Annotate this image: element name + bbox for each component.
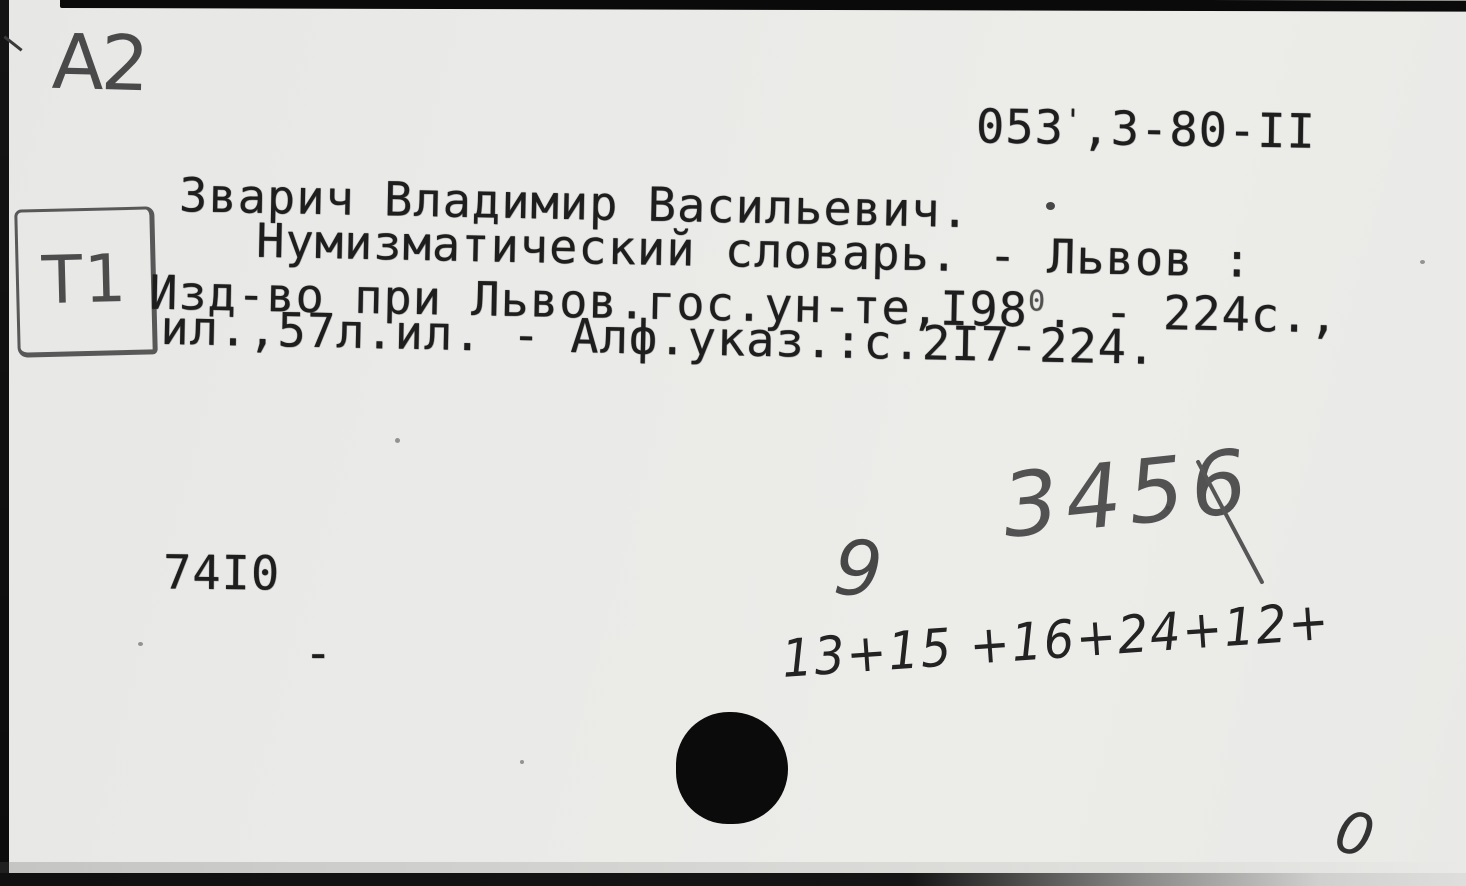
handwritten-digit-9: 9 <box>831 522 885 614</box>
paper-speck <box>1420 260 1425 264</box>
typed-dash: - <box>304 626 332 681</box>
punch-hole-mark <box>676 712 788 824</box>
bibliographic-entry: Зварич Владимир Васильевич. Нумизматичес… <box>0 0 1466 426</box>
paper-speck <box>138 642 143 646</box>
catalog-card-scan: А2 Т1 053',3-80-II Зварич Владимир Васил… <box>0 0 1466 886</box>
imprint-year-superscript: 0 <box>1028 284 1047 317</box>
scan-edge-bottom-haze <box>0 862 1466 873</box>
paper-speck <box>520 760 524 764</box>
handwritten-number-3456: 3456 <box>997 429 1258 558</box>
paper-speck <box>1166 506 1170 510</box>
scan-edge-bottom <box>0 873 1466 886</box>
handwritten-digit-0: 0 <box>1328 797 1380 872</box>
stray-ink-dot <box>1046 202 1055 210</box>
order-number: 74I0 <box>163 545 281 601</box>
paper-speck <box>395 438 400 443</box>
